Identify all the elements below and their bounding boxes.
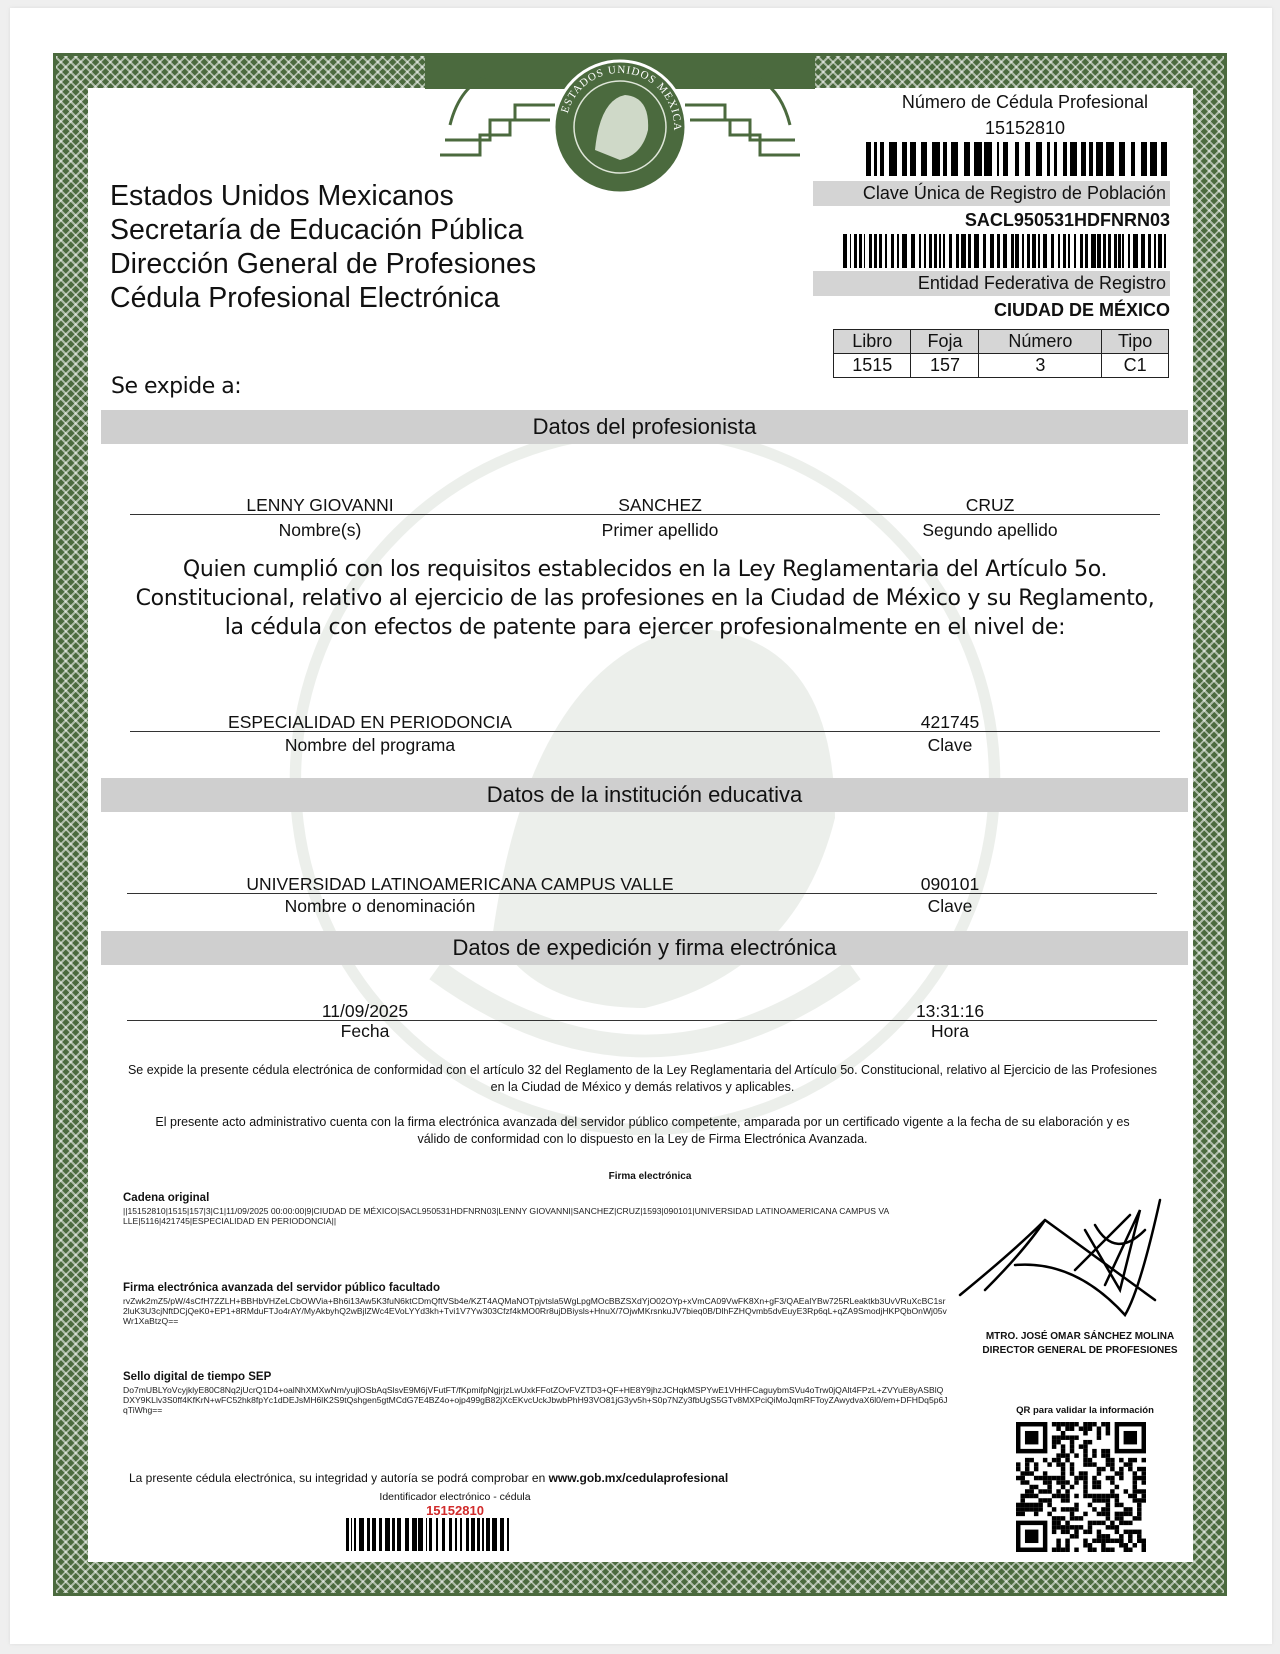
person-segundo-apellido: CRUZ [890,495,1090,516]
registry-table: Libro Foja Número Tipo 1515 157 3 C1 [833,329,1169,378]
identifier-value: 15152810 [330,1503,580,1518]
entidad-value: CIUDAD DE MÉXICO [813,300,1170,321]
verify-text: La presente cédula electrónica, su integ… [129,1471,728,1485]
sello-value: Do7mUBLYoVcyjklyE80C8Nq2jUcrQ1D4+oalNhXM… [123,1385,948,1415]
cadena-label: Cadena original [123,1192,209,1204]
section-institucion: Datos de la institución educativa [101,778,1188,812]
institution-name-label: Nombre o denominación [210,896,550,917]
firma-avanzada-value: rvZwk2mZ5/pW/4sCfH7ZZLH+BBHbVHZeLCbOWVia… [123,1296,948,1326]
signer-title: DIRECTOR GENERAL DE PROFESIONES [960,1344,1200,1358]
names-underline [130,514,1160,515]
verify-url-link[interactable]: www.gob.mx/cedulaprofesional [549,1471,729,1485]
issue-date-label: Fecha [290,1021,440,1042]
libro-value: 1515 [834,354,911,378]
section-expedicion: Datos de expedición y firma electrónica [101,931,1188,965]
curp-label: Clave Única de Registro de Población [813,183,1170,204]
cedula-barcode [866,142,1170,176]
statement-line-2: Constitucional, relativo al ejercicio de… [95,584,1195,613]
statement-line-1: Quien cumplió con los requisitos estable… [95,555,1195,584]
legal-paragraph-1: Se expide la presente cédula electrónica… [120,1062,1165,1096]
signer-name: MTRO. JOSÉ OMAR SÁNCHEZ MOLINA [960,1330,1200,1344]
qr-label: QR para validar la información [1000,1405,1170,1416]
identifier-barcode [346,1518,511,1551]
numero-value: 3 [979,354,1102,378]
person-nombre: LENNY GIOVANNI [200,495,440,516]
legal-paragraph-2: El presente acto administrativo cuenta c… [140,1114,1145,1148]
cedula-number-label: Número de Cédula Profesional [860,92,1190,113]
issue-time: 13:31:16 [880,1001,1020,1022]
handwritten-signature-icon [955,1190,1185,1340]
header-country: Estados Unidos Mexicanos [110,180,454,213]
program-underline [130,731,1160,732]
institution-underline [127,893,1157,894]
cedula-number: 15152810 [860,118,1190,139]
firma-title: Firma electrónica [500,1171,800,1182]
col-tipo: Tipo [1102,330,1169,354]
header-document-type: Cédula Profesional Electrónica [110,282,500,315]
tipo-value: C1 [1102,354,1169,378]
coat-of-arms-seal-icon: ESTADOS UNIDOS MEXICANOS [430,55,810,195]
firma-avanzada-label: Firma electrónica avanzada del servidor … [123,1282,440,1294]
cadena-original: ||15152810|1515|157|3|C1|11/09/2025 00:0… [123,1206,893,1226]
identifier-label: Identificador electrónico - cédula [330,1491,580,1503]
section-profesionista: Datos del profesionista [101,410,1188,444]
signer-block: MTRO. JOSÉ OMAR SÁNCHEZ MOLINA DIRECTOR … [960,1330,1200,1358]
program-clave-label: Clave [880,735,1020,756]
header-directorate: Dirección General de Profesiones [110,248,536,281]
institution-clave: 090101 [880,874,1020,895]
primer-apellido-label: Primer apellido [560,520,760,541]
issue-date: 11/09/2025 [290,1001,440,1022]
issued-to-label: Se expide a: [111,374,241,399]
verify-sentence: La presente cédula electrónica, su integ… [129,1471,549,1485]
person-primer-apellido: SANCHEZ [560,495,760,516]
segundo-apellido-label: Segundo apellido [890,520,1090,541]
col-numero: Número [979,330,1102,354]
sello-label: Sello digital de tiempo SEP [123,1371,271,1383]
program-clave: 421745 [880,712,1020,733]
col-foja: Foja [911,330,979,354]
qr-code-icon[interactable] [1016,1422,1146,1552]
header-ministry: Secretaría de Educación Pública [110,214,524,247]
entidad-label: Entidad Federativa de Registro [813,273,1170,294]
institution-clave-label: Clave [880,896,1020,917]
nombre-label: Nombre(s) [200,520,440,541]
program-name-label: Nombre del programa [200,735,540,756]
program-name: ESPECIALIDAD EN PERIODONCIA [200,712,540,733]
institution-name: UNIVERSIDAD LATINOAMERICANA CAMPUS VALLE [210,874,710,895]
statement-line-3: la cédula con efectos de patente para ej… [95,613,1195,642]
col-libro: Libro [834,330,911,354]
curp-barcode [843,234,1170,268]
foja-value: 157 [911,354,979,378]
statement-paragraph: Quien cumplió con los requisitos estable… [95,555,1195,642]
issue-time-label: Hora [880,1021,1020,1042]
curp-value: SACL950531HDFNRN03 [813,210,1170,231]
